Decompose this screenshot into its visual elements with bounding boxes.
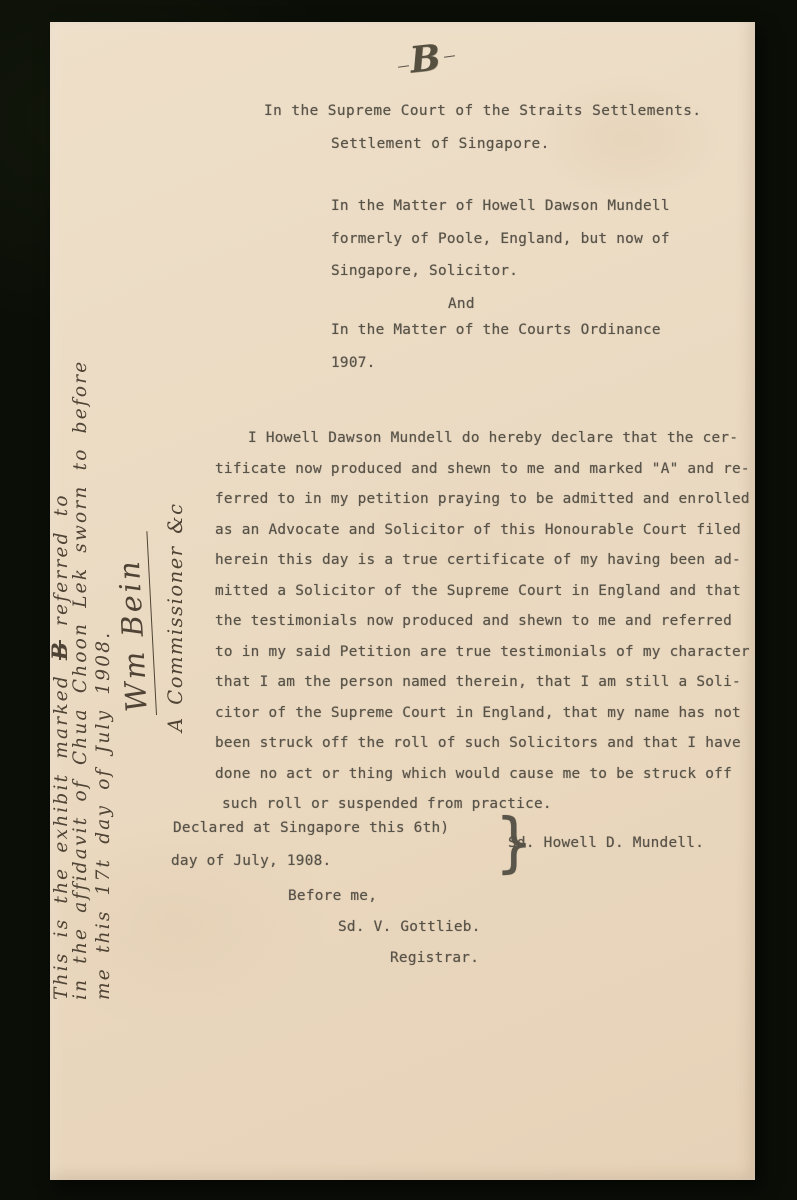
- body-line: ferred to in my petition praying to be a…: [215, 491, 755, 522]
- body-line: mitted a Solicitor of the Supreme Court …: [215, 583, 755, 614]
- exhibit-mark-dash-right: [444, 55, 455, 58]
- body-line: tificate now produced and shewn to me an…: [215, 461, 755, 492]
- matter-line: formerly of Poole, England, but now of: [331, 231, 670, 247]
- body-line: citor of the Supreme Court in England, t…: [215, 705, 755, 736]
- body-line: been struck off the roll of such Solicit…: [215, 735, 755, 766]
- body-line: herein this day is a true certificate of…: [215, 552, 755, 583]
- matter-line: In the Matter of the Courts Ordinance: [331, 322, 661, 338]
- body-line: the testimonials now produced and shewn …: [215, 613, 755, 644]
- matter-line: In the Matter of Howell Dawson Mundell: [331, 198, 670, 214]
- registrar-title: Registrar.: [390, 950, 479, 966]
- matter-conjunction: And: [448, 296, 475, 312]
- margin-note-struck-letter: B: [47, 640, 72, 660]
- court-heading: In the Supreme Court of the Straits Sett…: [264, 103, 701, 119]
- declarant-signature: Sd. Howell D. Mundell.: [508, 835, 704, 851]
- photo-background: B In the Supreme Court of the Straits Se…: [0, 0, 797, 1200]
- body-line: to in my said Petition are true testimon…: [215, 644, 755, 675]
- commissioner-title: A Commissioner &c: [164, 320, 190, 732]
- body-line: I Howell Dawson Mundell do hereby declar…: [215, 430, 755, 461]
- declared-place-line: Declared at Singapore this 6th): [173, 820, 449, 836]
- margin-note-line: This is the exhibit marked B referred to: [47, 320, 70, 1000]
- body-line: done no act or thing which would cause m…: [215, 766, 755, 797]
- margin-note-text: referred to: [51, 493, 72, 640]
- settlement-heading: Settlement of Singapore.: [331, 136, 550, 152]
- declared-date-line: day of July, 1908.: [171, 853, 331, 869]
- matter-line: Singapore, Solicitor.: [331, 263, 518, 279]
- commissioner-signature-row: Wm Bein: [120, 320, 164, 715]
- declaration-body: I Howell Dawson Mundell do hereby declar…: [215, 430, 755, 827]
- body-line: as an Advocate and Solicitor of this Hon…: [215, 522, 755, 553]
- margin-exhibit-note: This is the exhibit marked B referred to…: [47, 320, 189, 1000]
- exhibit-mark-dash-left: [398, 65, 409, 68]
- margin-note-text: This is the exhibit marked: [51, 660, 72, 1000]
- body-line: that I am the person named therein, that…: [215, 674, 755, 705]
- registrar-signature: Sd. V. Gottlieb.: [338, 919, 481, 935]
- matter-line: 1907.: [331, 355, 376, 371]
- exhibit-mark-letter: B: [408, 37, 443, 82]
- before-me-line: Before me,: [288, 888, 377, 904]
- margin-note-line: me this 17t day of July 1908.: [93, 320, 116, 1000]
- margin-note-line: in the affidavit of Chua Choon Lek sworn…: [70, 320, 93, 1000]
- commissioner-signature: Wm Bein: [110, 531, 157, 717]
- document-page: B In the Supreme Court of the Straits Se…: [50, 22, 755, 1180]
